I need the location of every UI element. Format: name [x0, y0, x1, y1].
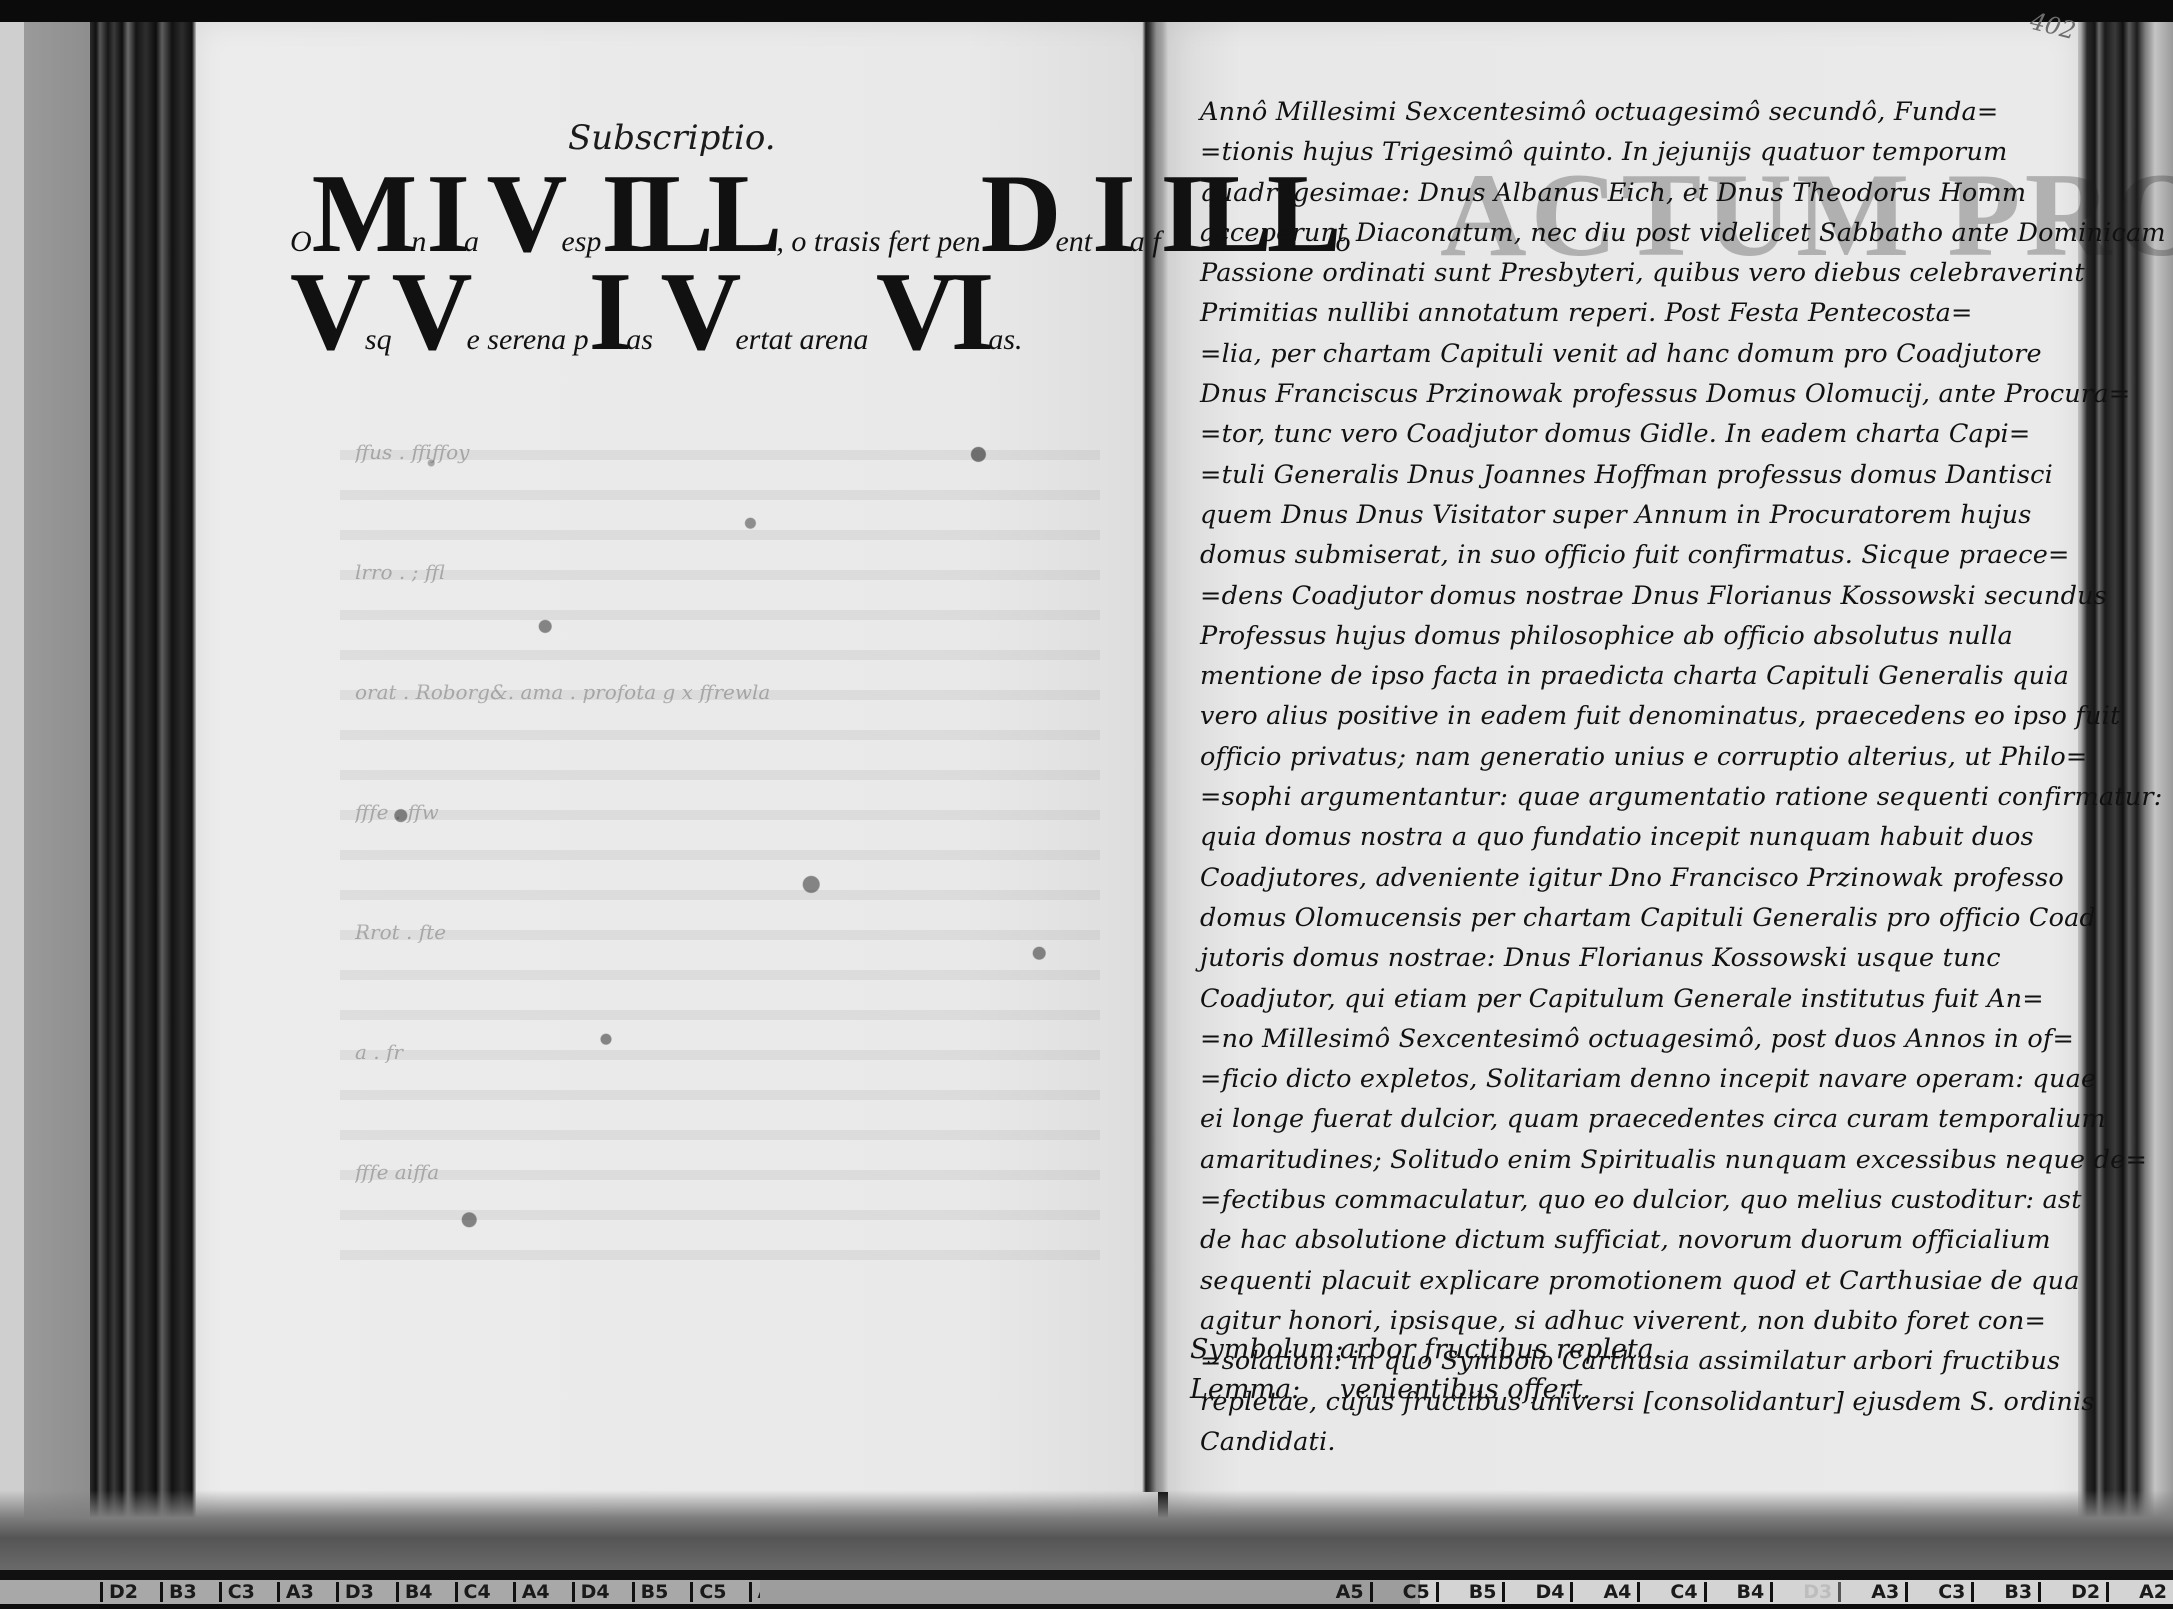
- film-index-label: D2: [100, 1582, 138, 1602]
- symbolum-text: arbor fructibus repleta.: [1340, 1330, 1662, 1370]
- film-index-label: A3: [277, 1582, 314, 1602]
- manuscript-line: sequenti placuit explicare promotionem q…: [1200, 1261, 2060, 1301]
- film-index-label: C3: [219, 1582, 255, 1602]
- bleed-through-line: fffe . ffw: [355, 800, 1095, 824]
- manuscript-line: Candidati.: [1200, 1422, 2060, 1462]
- film-index-label: A4: [513, 1582, 550, 1602]
- manuscript-line: jutoris domus nostrae: Dnus Florianus Ko…: [1200, 938, 2060, 978]
- manuscript-line: domus Olomucensis per chartam Capituli G…: [1200, 898, 2060, 938]
- manuscript-line: =fectibus commaculatur, quo eo dulcior, …: [1200, 1180, 2060, 1220]
- manuscript-line: officio privatus; nam generatio unius e …: [1200, 737, 2060, 777]
- lemma-row: Lemma: venientibus offert.: [1190, 1370, 1662, 1410]
- chronogram-letters: as: [626, 323, 660, 356]
- film-index-label: D4: [1535, 1582, 1573, 1602]
- bleed-through-line: lrro . ; ffl: [355, 560, 1095, 584]
- symbolum-row: Symbolum: arbor fructibus repleta.: [1190, 1330, 1662, 1370]
- film-index-gap: [760, 1580, 1420, 1604]
- film-index-label: A3: [1871, 1582, 1908, 1602]
- manuscript-line: acceperunt Diaconatum, nec diu post vide…: [1200, 213, 2060, 253]
- bleed-through-line: orat . Roborg&. ama . profota g x ffrewl…: [355, 680, 1095, 704]
- page-bottom-shadow: [0, 1490, 2173, 1570]
- chronogram-letters: sq: [365, 323, 392, 356]
- film-index-label: B4: [396, 1582, 433, 1602]
- chronogram-letters: a f: [1130, 225, 1161, 258]
- manuscript-line: quia domus nostra a quo fundatio incepit…: [1200, 817, 2060, 857]
- lemma-label: Lemma:: [1190, 1370, 1340, 1410]
- manuscript-line: Coadjutor, qui etiam per Capitulum Gener…: [1200, 979, 2060, 1019]
- film-index-label: B4: [1737, 1582, 1774, 1602]
- microfilm-scan: Subscriptio. OMnIa VespILL, o trasis fer…: [0, 0, 2173, 1609]
- chronogram-numeral: V: [392, 250, 467, 374]
- film-index-label: C4: [455, 1582, 491, 1602]
- film-index-label: A4: [1603, 1582, 1640, 1602]
- manuscript-line: =sophi argumentantur: quae argumentatio …: [1200, 777, 2060, 817]
- film-index-left: D2B3C3A3D3B4C4A4D4B5C5A5: [0, 1580, 760, 1604]
- film-index-label: A2: [2139, 1582, 2173, 1602]
- manuscript-line: quem Dnus Dnus Visitator super Annum in …: [1200, 495, 2060, 535]
- bleed-through-line: ffus . ffiffoy: [355, 440, 1095, 464]
- film-index-label: B3: [2004, 1582, 2041, 1602]
- manuscript-line: =tionis hujus Trigesimô quinto. In jejun…: [1200, 132, 2060, 172]
- film-index-right: A5C5B5D4A4C4B4D3A3C3B3D2A2: [1420, 1580, 2173, 1604]
- symbolum-label: Symbolum:: [1190, 1330, 1340, 1370]
- manuscript-line: domus submiserat, in suo officio fuit co…: [1200, 535, 2060, 575]
- chronogram-letters: e serena p: [466, 323, 588, 356]
- manuscript-line: =tor, tunc vero Coadjutor domus Gidle. I…: [1200, 414, 2060, 454]
- film-index-label: C4: [1670, 1582, 1706, 1602]
- manuscript-line: =dens Coadjutor domus nostrae Dnus Flori…: [1200, 576, 2060, 616]
- chronogram-line-2: VsqVe serena pIas Vertat arena VIas.: [290, 248, 1023, 377]
- film-index-label: C3: [1938, 1582, 1974, 1602]
- manuscript-line: mentione de ipso facta in praedicta char…: [1200, 656, 2060, 696]
- film-index-label: D3: [1803, 1582, 1841, 1602]
- chronogram-numeral: V: [660, 250, 735, 374]
- chronogram-letters: ertat arena: [735, 323, 876, 356]
- manuscript-line: Primitias nullibi annotatum reperi. Post…: [1200, 293, 2060, 333]
- chronogram-numeral: I: [589, 250, 627, 374]
- manuscript-line: de hac absolutione dictum sufficiat, nov…: [1200, 1220, 2060, 1260]
- manuscript-line: Coadjutores, adveniente igitur Dno Franc…: [1200, 858, 2060, 898]
- manuscript-line: amaritudines; Solitudo enim Spiritualis …: [1200, 1140, 2060, 1180]
- manuscript-line: ei longe fuerat dulcior, quam praecedent…: [1200, 1099, 2060, 1139]
- manuscript-line: Annô Millesimi Sexcentesimô octuagesimô …: [1200, 92, 2060, 132]
- film-index-label: D2: [2071, 1582, 2109, 1602]
- film-index-label: B3: [160, 1582, 197, 1602]
- film-index-label: B5: [632, 1582, 669, 1602]
- chronogram-numeral: V: [290, 250, 365, 374]
- bleed-through-ink: [340, 420, 1100, 1280]
- manuscript-line: Professus hujus domus philosophice ab of…: [1200, 616, 2060, 656]
- chronogram-letters: as.: [988, 323, 1022, 356]
- film-index-label: B5: [1469, 1582, 1506, 1602]
- manuscript-line: =tuli Generalis Dnus Joannes Hoffman pro…: [1200, 455, 2060, 495]
- manuscript-line: Passione ordinati sunt Presbyteri, quibu…: [1200, 253, 2060, 293]
- chronogram-numeral: VI: [876, 250, 988, 374]
- film-index-label: D3: [336, 1582, 374, 1602]
- manuscript-line: vero alius positive in eadem fuit denomi…: [1200, 696, 2060, 736]
- manuscript-line: =no Millesimô Sexcentesimô octuagesimô, …: [1200, 1019, 2060, 1059]
- bleed-through-line: fffe aiffa: [355, 1160, 1095, 1184]
- lemma-text: venientibus offert.: [1340, 1370, 1591, 1410]
- left-page-edges: [0, 22, 200, 1552]
- bleed-through-line: a . fr: [355, 1040, 1095, 1064]
- symbol-lemma-block: Symbolum: arbor fructibus repleta. Lemma…: [1190, 1330, 1662, 1410]
- manuscript-line: Dnus Franciscus Przinowak professus Domu…: [1200, 374, 2060, 414]
- film-index-label: A5: [1336, 1582, 1373, 1602]
- bleed-through-line: Rrot . fte: [355, 920, 1095, 944]
- manuscript-body-text: Annô Millesimi Sexcentesimô octuagesimô …: [1200, 92, 2060, 1462]
- film-index-label: C5: [690, 1582, 726, 1602]
- manuscript-line: quadragesimae: Dnus Albanus Eich, et Dnu…: [1200, 173, 2060, 213]
- film-top-border: [0, 0, 2173, 24]
- film-index-label: D4: [572, 1582, 610, 1602]
- film-index-label: C5: [1403, 1582, 1439, 1602]
- chronogram-letters: ent: [1055, 225, 1092, 258]
- manuscript-line: =lia, per chartam Capituli venit ad hanc…: [1200, 334, 2060, 374]
- chronogram-numeral: I: [1092, 152, 1130, 276]
- manuscript-line: =ficio dicto expletos, Solitariam denno …: [1200, 1059, 2060, 1099]
